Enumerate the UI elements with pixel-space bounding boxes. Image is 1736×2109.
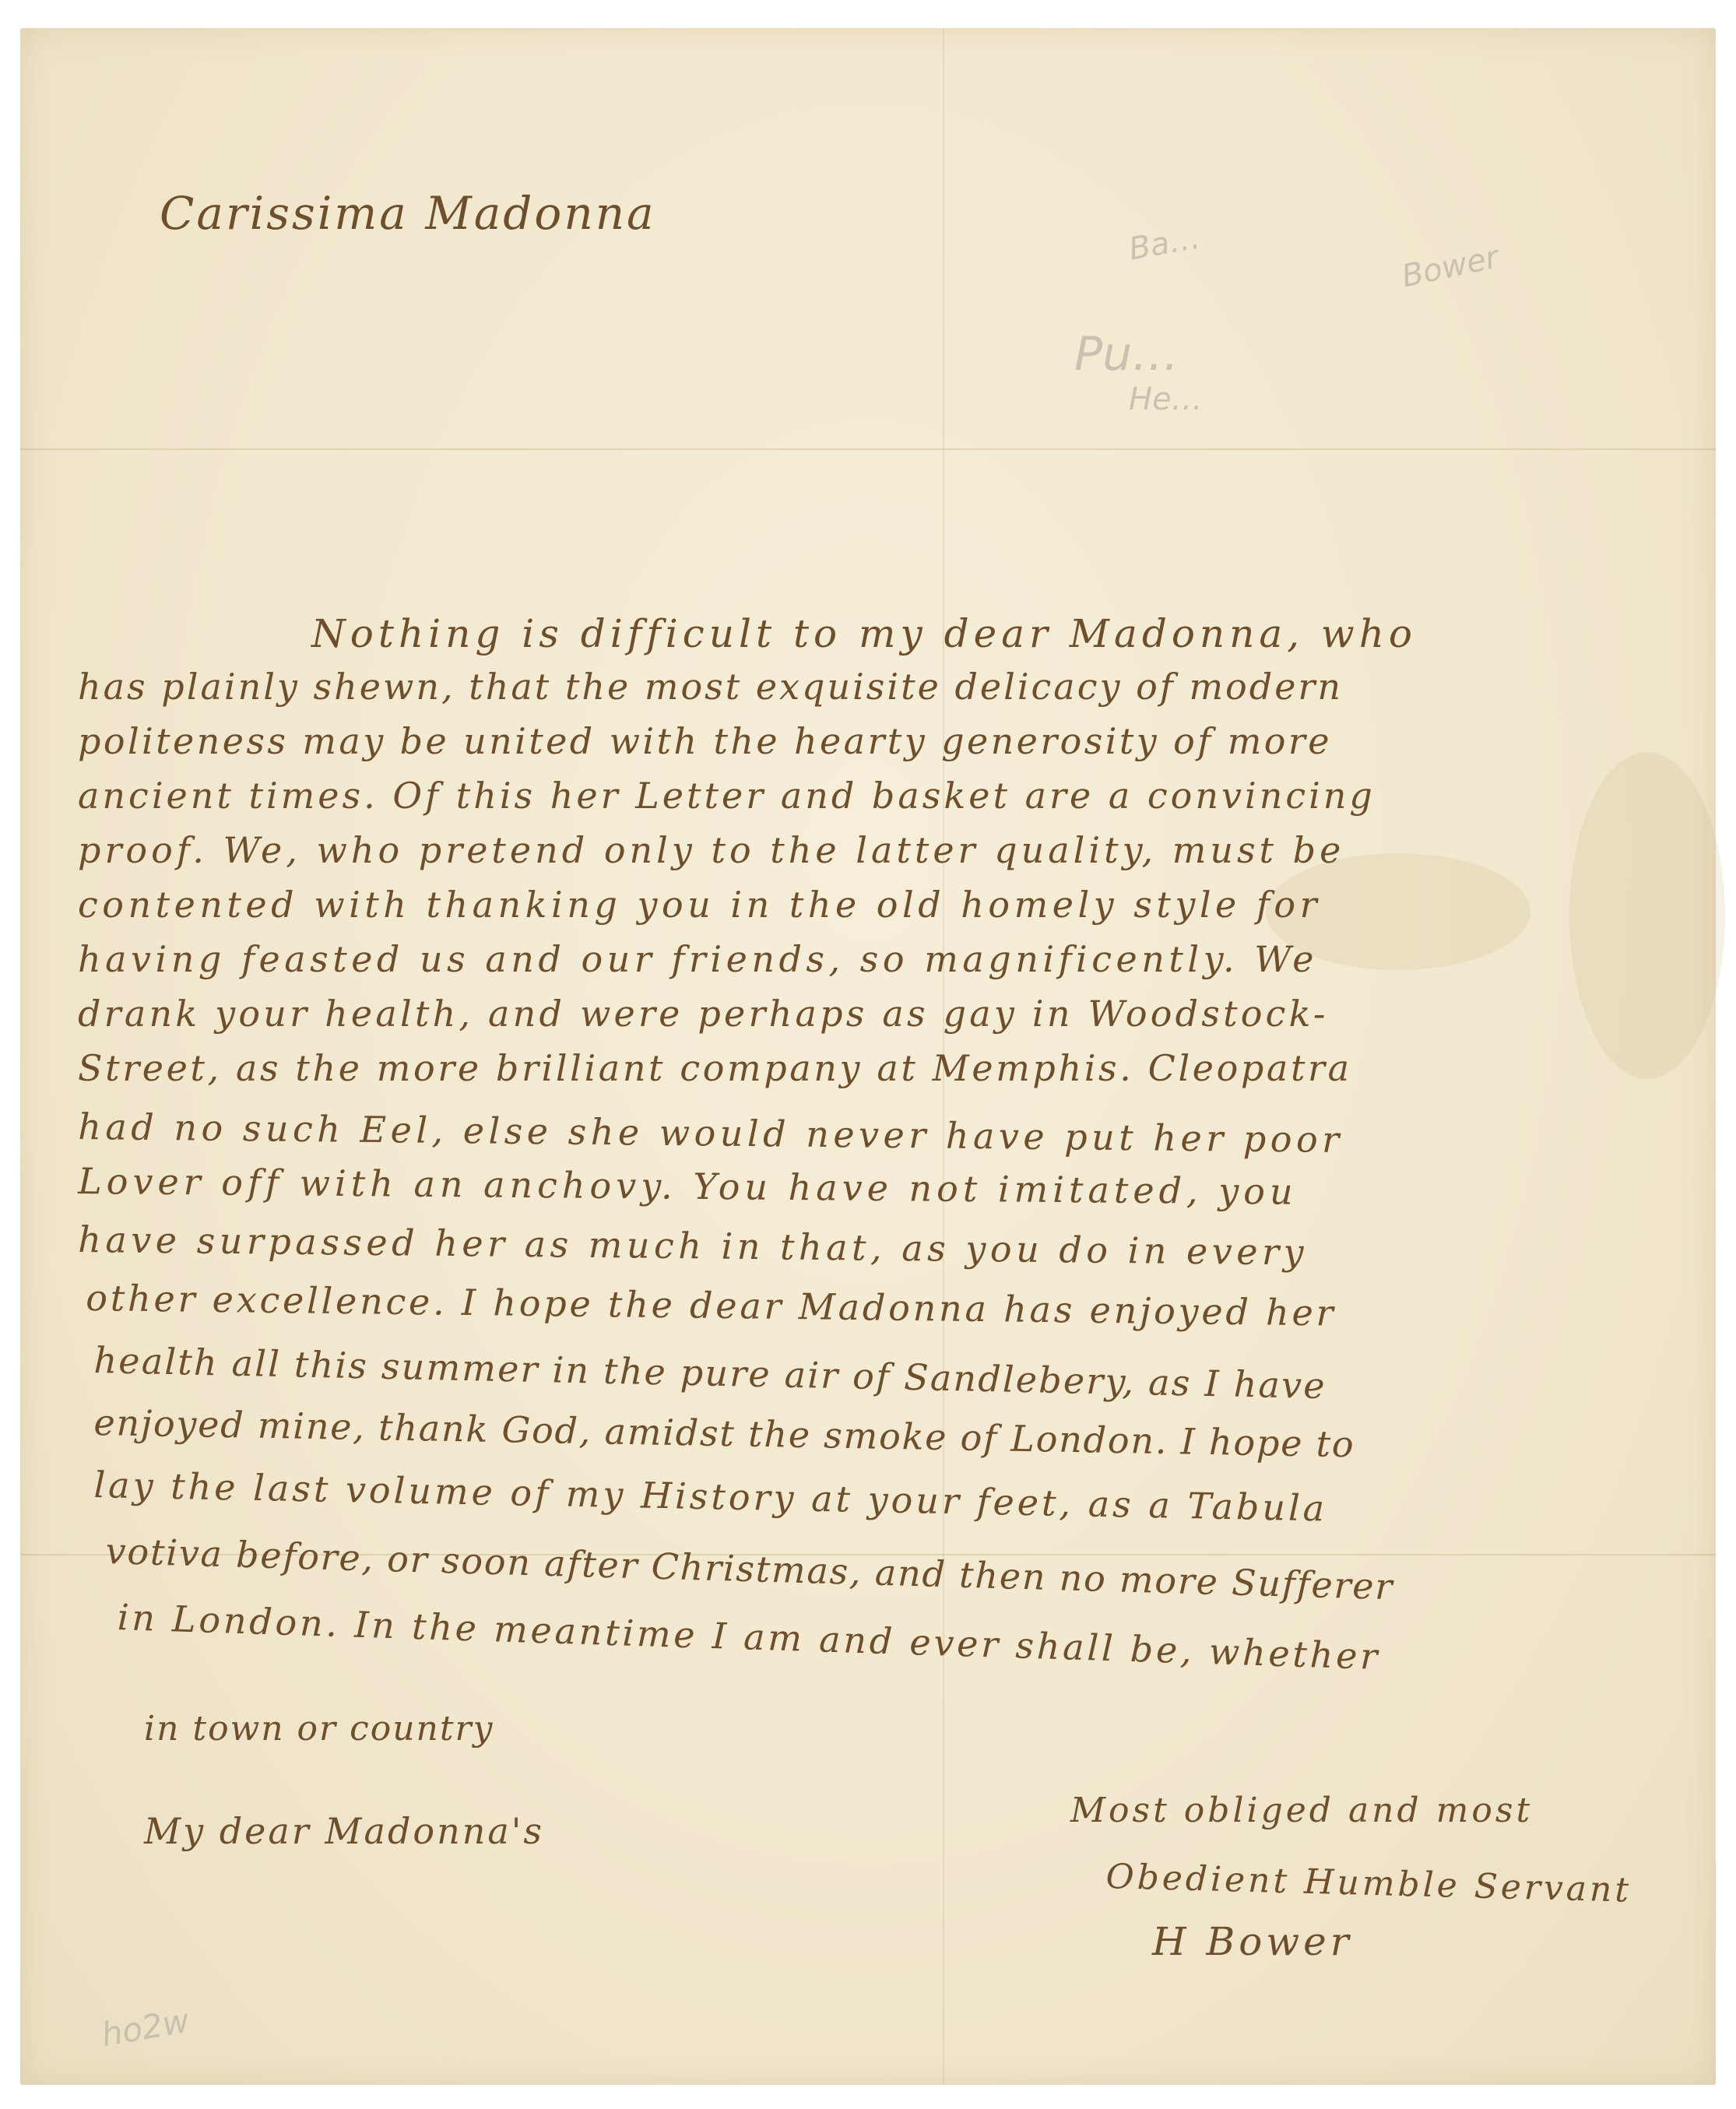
body-line: proof. We, who pretend only to the latte…: [78, 829, 1344, 871]
body-line: ancient times. Of this her Letter and ba…: [78, 775, 1376, 817]
pencil-note: He…: [1129, 381, 1203, 417]
fold-line: [20, 448, 1716, 450]
body-line: Street, as the more brilliant company at…: [78, 1047, 1352, 1089]
body-line: drank your health, and were perhaps as g…: [78, 993, 1329, 1035]
body-line: Nothing is difficult to my dear Madonna,…: [311, 611, 1417, 656]
body-line: has plainly shewn, that the most exquisi…: [78, 666, 1343, 708]
closing-line: Most obliged and most: [1070, 1791, 1533, 1830]
body-line: having feasted us and our friends, so ma…: [78, 938, 1318, 980]
body-line: contented with thanking you in the old h…: [78, 884, 1321, 926]
closing-left: My dear Madonna's: [144, 1810, 544, 1852]
body-line: politeness may be united with the hearty…: [78, 720, 1332, 762]
signature: H Bower: [1152, 1919, 1353, 1964]
pencil-note: Pu…: [1074, 327, 1179, 381]
water-stain: [1569, 752, 1725, 1079]
salutation: Carissima Madonna: [160, 187, 656, 240]
body-line: in town or country: [144, 1709, 494, 1749]
